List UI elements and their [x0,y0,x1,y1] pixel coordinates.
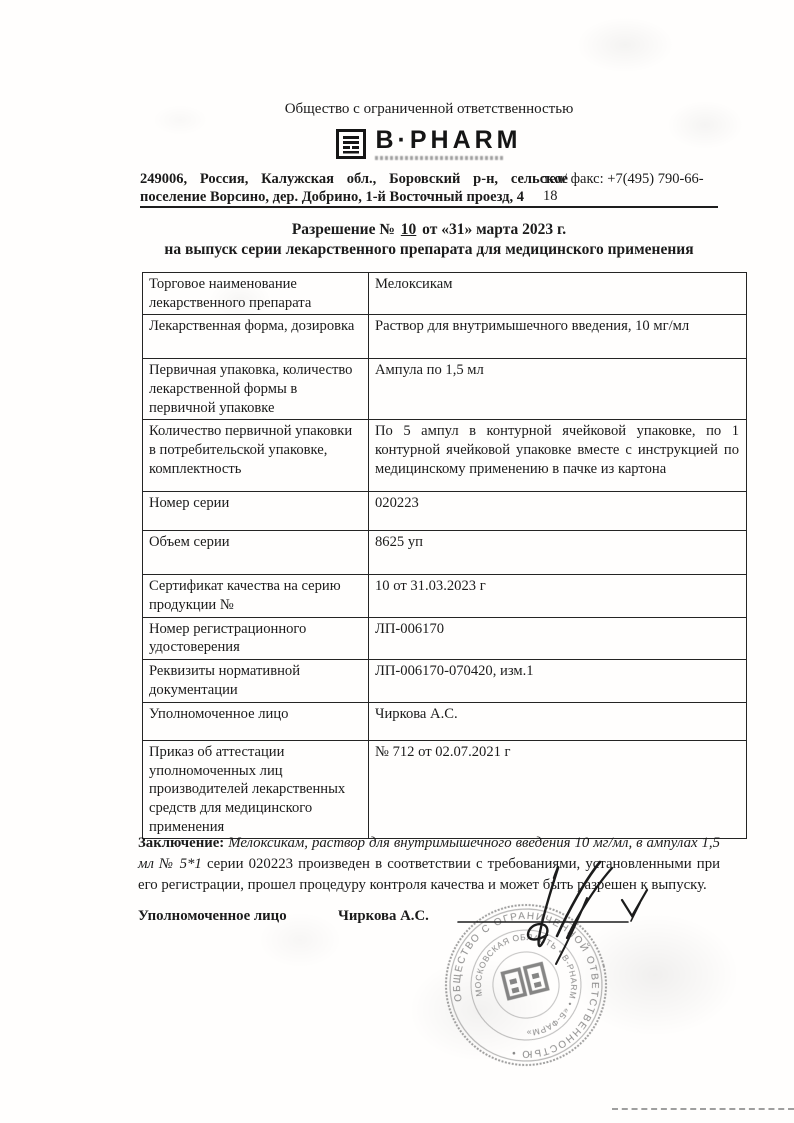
header-divider [140,206,718,208]
conclusion-label: Заключение: [138,835,224,851]
row-label: Торговое наименование лекарственного пре… [143,273,369,315]
logo-text-block: B·PHARM [375,127,521,160]
row-value: Чиркова А.С. [369,703,747,741]
row-value: Мелоксикам [369,273,747,315]
phone-fax: тел/ факс: +7(495) 790-66-18 [543,171,718,205]
row-label: Приказ об аттестации уполномоченных лиц … [143,741,369,839]
address-line-1: 249006, Россия, Калужская обл., Боровски… [140,170,568,188]
handwritten-signature [420,840,680,1020]
table-row: Первичная упаковка, количество лекарстве… [143,359,747,420]
row-label: Первичная упаковка, количество лекарстве… [143,359,369,420]
table-row: Номер серии 020223 [143,492,747,531]
row-value: По 5 ампул в контурной ячейковой упаковк… [369,420,747,492]
release-details-table: Торговое наименование лекарственного пре… [142,272,747,839]
address-line-2: поселение Ворсино, дер. Добрино, 1-й Вос… [140,188,568,206]
permit-number: 10 [399,221,419,238]
company-address: 249006, Россия, Калужская обл., Боровски… [140,170,568,206]
row-label: Реквизиты нормативной документации [143,660,369,703]
table-row: Лекарственная форма, дозировка Раствор д… [143,315,747,359]
row-value: 020223 [369,492,747,531]
table-row: Торговое наименование лекарственного пре… [143,273,747,315]
table-row: Сертификат качества на серию продукции №… [143,575,747,617]
table-row: Номер регистрационного удостоверения ЛП-… [143,617,747,659]
logo-tagline [375,156,503,160]
row-label: Номер серии [143,492,369,531]
row-value: Раствор для внутримышечного введения, 10… [369,315,747,359]
document-title-line2: на выпуск серии лекарственного препарата… [140,241,718,259]
row-label: Количество первичной упаковки в потребит… [143,420,369,492]
company-logo: B·PHARM [140,127,718,160]
row-value: 8625 уп [369,531,747,575]
document-title-line1: Разрешение № 10 от «31» марта 2023 г. [140,221,718,239]
document-page: Общество с ограниченной ответственностью… [0,0,794,1123]
row-label: Объем серии [143,531,369,575]
logo-wordmark: B·PHARM [375,127,521,155]
row-value: № 712 от 02.07.2021 г [369,741,747,839]
row-value: ЛП-006170-070420, изм.1 [369,660,747,703]
signoff-role: Уполномоченное лицо [138,908,287,925]
scan-artifact-dashed-line [612,1108,794,1110]
table-row: Количество первичной упаковки в потребит… [143,420,747,492]
row-value: 10 от 31.03.2023 г [369,575,747,617]
table-row: Приказ об аттестации уполномоченных лиц … [143,741,747,839]
row-label: Номер регистрационного удостоверения [143,617,369,659]
table-row: Реквизиты нормативной документации ЛП-00… [143,660,747,703]
title-prefix: Разрешение № [292,221,395,238]
row-label: Сертификат качества на серию продукции № [143,575,369,617]
table-row: Объем серии 8625 уп [143,531,747,575]
org-type-line: Общество с ограниченной ответственностью [140,101,718,118]
row-value: Ампула по 1,5 мл [369,359,747,420]
bpharm-logo-icon [336,129,366,159]
row-label: Лекарственная форма, дозировка [143,315,369,359]
row-label: Уполномоченное лицо [143,703,369,741]
title-suffix: от «31» марта 2023 г. [422,221,566,238]
table-row: Уполномоченное лицо Чиркова А.С. [143,703,747,741]
row-value: ЛП-006170 [369,617,747,659]
